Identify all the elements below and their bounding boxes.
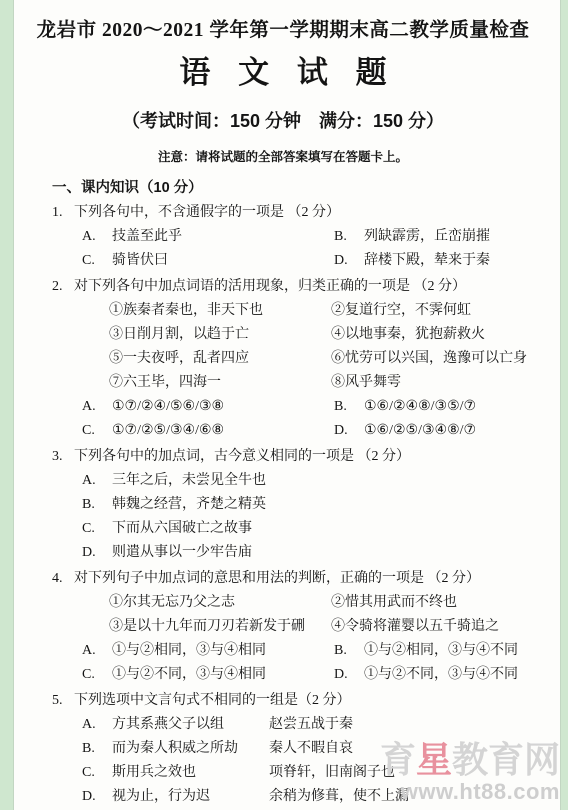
option-text: 则遣从事以一少牢告庙 [112, 545, 252, 560]
question-5: 5.下列选项中文言句式不相同的一组是（2 分） A. 方其系燕父子以组 赵尝五战… [24, 689, 542, 809]
option-text: 列缺霹雳，丘峦崩摧 [364, 229, 490, 244]
option-text: ①与②相同，③与④相同 [112, 643, 266, 658]
numbered-item: ②复道行空，不霁何虹 [331, 299, 542, 323]
pair-left: 方其系燕父子以组 [112, 713, 269, 737]
option-label: C. [82, 419, 112, 443]
option-b: B. 而为秦人积威之所劫 秦人不暇自哀 [82, 737, 542, 761]
option-label: C. [82, 249, 112, 273]
option-text: ①与②不同，③与④不同 [364, 667, 518, 682]
pair-left: 而为秦人积威之所劫 [112, 737, 269, 761]
option-label: A. [82, 469, 112, 493]
pair-right: 余稍为修葺，使不上漏 [269, 785, 542, 809]
numbered-item: ①族秦者秦也，非天下也 [109, 299, 331, 323]
option-label: B. [334, 395, 364, 419]
option-text: ①⑥/②④⑧/③⑤/⑦ [364, 399, 476, 414]
option-b: B.列缺霹雳，丘峦崩摧 [334, 225, 542, 249]
question-2-items: ①族秦者秦也，非天下也 ②复道行空，不霁何虹 ③日削月割，以趋于亡 ④以地事秦，… [109, 299, 542, 395]
option-text: 技盖至此乎 [112, 229, 182, 244]
option-label: D. [334, 663, 364, 687]
numbered-item: ④令骑将灌婴以五千骑追之 [331, 615, 542, 639]
option-text: 骑皆伏曰 [112, 253, 168, 268]
question-1-options: A.技盖至此乎 B.列缺霹雳，丘峦崩摧 C.骑皆伏曰 D.辞楼下殿，辇来于秦 [82, 225, 542, 273]
numbered-item: ⑥忧劳可以兴国，逸豫可以亡身 [331, 347, 542, 371]
option-label: B. [334, 639, 364, 663]
question-5-options: A. 方其系燕父子以组 赵尝五战于秦 B. 而为秦人积威之所劫 秦人不暇自哀 C… [82, 713, 542, 809]
option-text: ①⑦/②④/⑤⑥/③⑧ [112, 399, 224, 414]
exam-info-line: （考试时间：150 分钟 满分：150 分） [24, 109, 542, 133]
option-label: D. [82, 541, 112, 565]
option-c: C. 斯用兵之效也 项脊轩，旧南阁子也 [82, 761, 542, 785]
question-4-items: ①尔其无忘乃父之志 ②惜其用武而不终也 ③是以十九年而刀刃若新发于硎 ④令骑将灌… [109, 591, 542, 639]
option-a: A.①⑦/②④/⑤⑥/③⑧ [82, 395, 334, 419]
numbered-item: ④以地事秦，犹抱薪救火 [331, 323, 542, 347]
option-a: A.①与②相同，③与④相同 [82, 639, 334, 663]
option-label: C. [82, 517, 112, 541]
numbered-item: ⑧风乎舞雩 [331, 371, 542, 395]
option-label: D. [334, 249, 364, 273]
option-c: C.下而从六国破亡之故事 [82, 517, 542, 541]
option-b: B.①与②相同，③与④不同 [334, 639, 542, 663]
option-d: D.①⑥/②⑤/③④⑧/⑦ [334, 419, 542, 443]
question-1: 1.下列各句中，不含通假字的一项是 （2 分） A.技盖至此乎 B.列缺霹雳，丘… [24, 201, 542, 273]
question-number: 3. [52, 445, 74, 469]
question-5-stem: 5.下列选项中文言句式不相同的一组是（2 分） [52, 689, 542, 713]
option-label: C. [82, 761, 112, 785]
option-b: B.韩魏之经营，齐楚之精英 [82, 493, 542, 517]
option-a: A.技盖至此乎 [82, 225, 334, 249]
numbered-item: ⑦六王毕，四海一 [109, 371, 331, 395]
option-text: 下而从六国破亡之故事 [112, 521, 252, 536]
option-d: D.①与②不同，③与④不同 [334, 663, 542, 687]
option-text: ①⑥/②⑤/③④⑧/⑦ [364, 423, 476, 438]
option-c: C.骑皆伏曰 [82, 249, 334, 273]
question-4-stem: 4.对下列句子中加点词的意思和用法的判断，正确的一项是 （2 分） [52, 567, 542, 591]
option-text: 辞楼下殿，辇来于秦 [364, 253, 490, 268]
question-2-stem: 2.对下列各句中加点词语的活用现象，归类正确的一项是 （2 分） [52, 275, 542, 299]
option-text: ①与②相同，③与④不同 [364, 643, 518, 658]
question-3: 3.下列各句中的加点词，古今意义相同的一项是 （2 分） A.三年之后，未尝见全… [24, 445, 542, 565]
exam-notice: 注意：请将试题的全部答案填写在答题卡上。 [24, 149, 542, 165]
pair-left: 斯用兵之效也 [112, 761, 269, 785]
question-stem-text: 对下列句子中加点词的意思和用法的判断，正确的一项是 （2 分） [74, 571, 480, 586]
question-number: 1. [52, 201, 74, 225]
option-label: B. [82, 493, 112, 517]
question-4-options: A.①与②相同，③与④相同 B.①与②相同，③与④不同 C.①与②不同，③与④相… [82, 639, 542, 687]
option-d: D. 视为止，行为迟 余稍为修葺，使不上漏 [82, 785, 542, 809]
question-4: 4.对下列句子中加点词的意思和用法的判断，正确的一项是 （2 分） ①尔其无忘乃… [24, 567, 542, 687]
option-label: A. [82, 395, 112, 419]
question-1-stem: 1.下列各句中，不含通假字的一项是 （2 分） [52, 201, 542, 225]
option-text: ①⑦/②⑤/③④/⑥⑧ [112, 423, 224, 438]
numbered-item: ⑤一夫夜呼，乱者四应 [109, 347, 331, 371]
option-text: ①与②不同，③与④相同 [112, 667, 266, 682]
exam-paper-page: 龙岩市 2020～2021 学年第一学期期末高二教学质量检查 语 文 试 题 （… [13, 0, 561, 810]
section-heading: 一、课内知识（10 分） [52, 177, 542, 199]
pair-right: 秦人不暇自哀 [269, 737, 542, 761]
question-number: 2. [52, 275, 74, 299]
option-c: C.①与②不同，③与④相同 [82, 663, 334, 687]
question-2-options: A.①⑦/②④/⑤⑥/③⑧ B.①⑥/②④⑧/③⑤/⑦ C.①⑦/②⑤/③④/⑥… [82, 395, 542, 443]
numbered-item: ②惜其用武而不终也 [331, 591, 542, 615]
exam-title: 龙岩市 2020～2021 学年第一学期期末高二教学质量检查 [24, 18, 542, 44]
option-label: B. [82, 737, 112, 761]
option-a: A.三年之后，未尝见全牛也 [82, 469, 542, 493]
option-label: A. [82, 225, 112, 249]
option-label: D. [334, 419, 364, 443]
question-stem-text: 对下列各句中加点词语的活用现象，归类正确的一项是 （2 分） [74, 279, 466, 294]
option-text: 三年之后，未尝见全牛也 [112, 473, 266, 488]
pair-left: 视为止，行为迟 [112, 785, 269, 809]
option-label: C. [82, 663, 112, 687]
pair-right: 赵尝五战于秦 [269, 713, 542, 737]
question-stem-text: 下列各句中的加点词，古今意义相同的一项是 （2 分） [74, 449, 410, 464]
option-label: A. [82, 713, 112, 737]
question-number: 5. [52, 689, 74, 713]
question-stem-text: 下列各句中，不含通假字的一项是 （2 分） [74, 205, 340, 220]
question-stem-text: 下列选项中文言句式不相同的一组是（2 分） [74, 693, 351, 708]
option-c: C.①⑦/②⑤/③④/⑥⑧ [82, 419, 334, 443]
option-label: D. [82, 785, 112, 809]
option-a: A. 方其系燕父子以组 赵尝五战于秦 [82, 713, 542, 737]
pair-right: 项脊轩，旧南阁子也 [269, 761, 542, 785]
question-3-stem: 3.下列各句中的加点词，古今意义相同的一项是 （2 分） [52, 445, 542, 469]
option-text: 韩魏之经营，齐楚之精英 [112, 497, 266, 512]
numbered-item: ③是以十九年而刀刃若新发于硎 [109, 615, 331, 639]
question-number: 4. [52, 567, 74, 591]
option-b: B.①⑥/②④⑧/③⑤/⑦ [334, 395, 542, 419]
subject-title: 语 文 试 题 [24, 53, 542, 93]
question-3-options: A.三年之后，未尝见全牛也 B.韩魏之经营，齐楚之精英 C.下而从六国破亡之故事… [82, 469, 542, 565]
numbered-item: ③日削月割，以趋于亡 [109, 323, 331, 347]
option-label: B. [334, 225, 364, 249]
option-d: D.辞楼下殿，辇来于秦 [334, 249, 542, 273]
option-label: A. [82, 639, 112, 663]
option-d: D.则遣从事以一少牢告庙 [82, 541, 542, 565]
numbered-item: ①尔其无忘乃父之志 [109, 591, 331, 615]
question-2: 2.对下列各句中加点词语的活用现象，归类正确的一项是 （2 分） ①族秦者秦也，… [24, 275, 542, 443]
